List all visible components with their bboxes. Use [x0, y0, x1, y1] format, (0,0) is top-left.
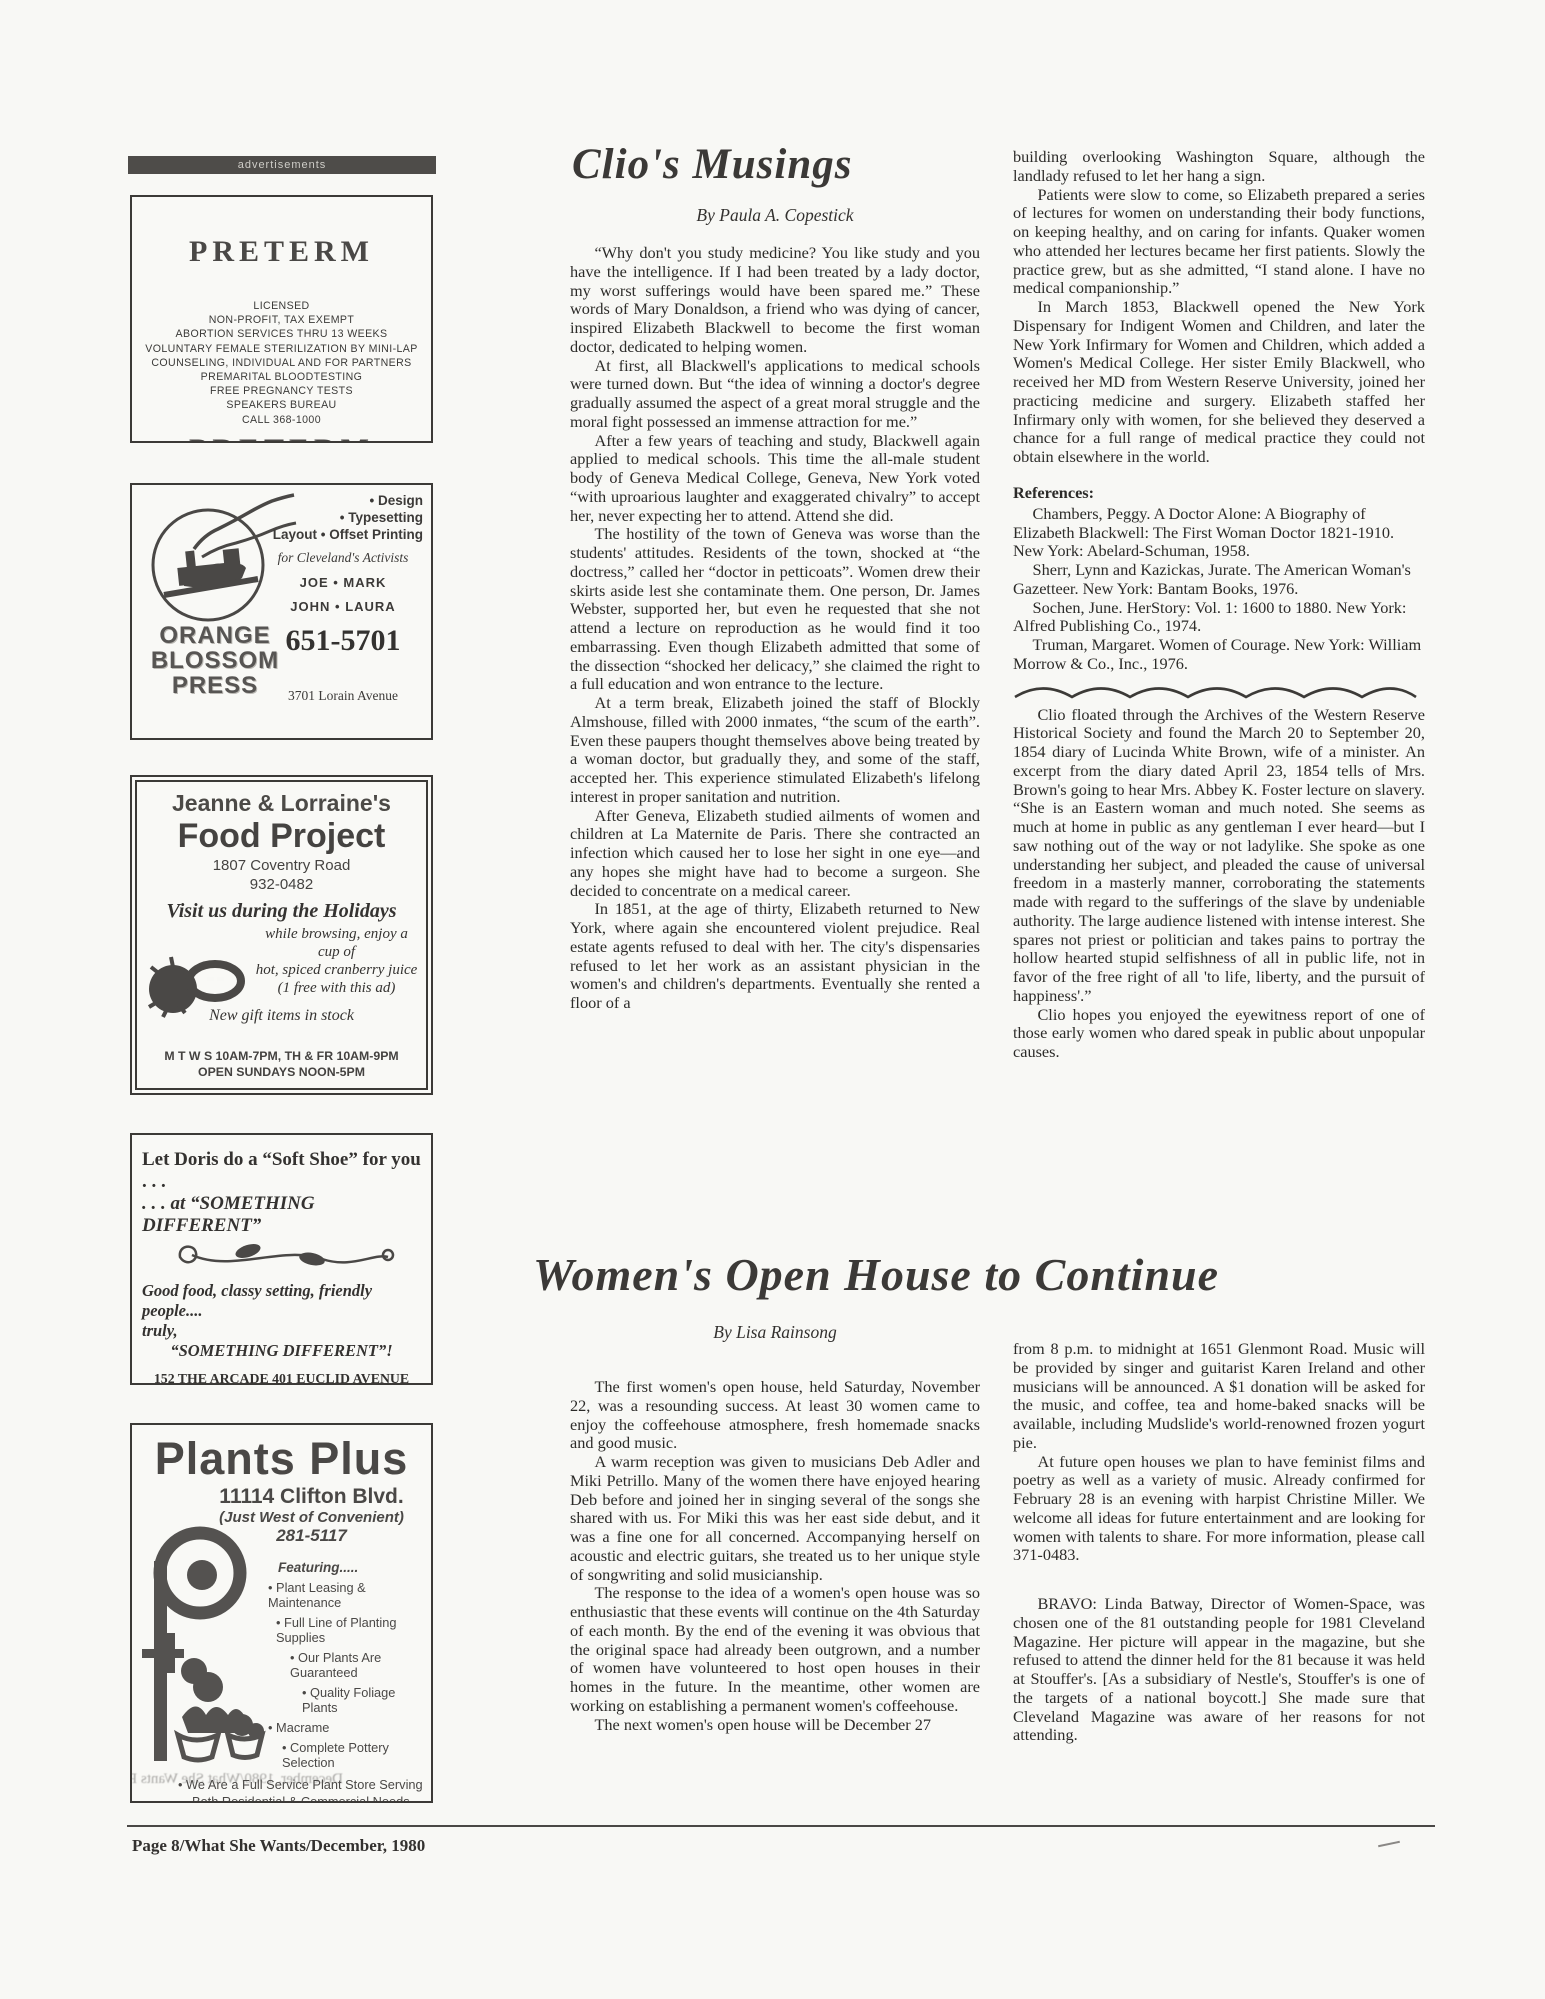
paragraph: After Geneva, Elizabeth studied ailments… [570, 807, 980, 901]
pen-mark [1378, 1841, 1400, 1848]
orange-blossom-services: • Design• TypesettingLayout • Offset Pri… [263, 493, 423, 542]
orange-blossom-text-block: • Design• TypesettingLayout • Offset Pri… [263, 493, 423, 718]
paragraph: The response to the idea of a women's op… [570, 1584, 980, 1715]
paragraph: hot, spiced cranberry juice [253, 961, 420, 979]
paragraph: Quality Foliage Plants [302, 1685, 425, 1715]
paragraph: FREE PREGNANCY TESTS [138, 384, 425, 398]
bleed-through-text: December, 1980/What She Wants Page [130, 1771, 343, 1788]
paragraph: Sherr, Lynn and Kazickas, Jurate. The Am… [1013, 561, 1425, 599]
paragraph: (1 free with this ad) [253, 979, 420, 997]
paragraph: • Design [263, 493, 423, 508]
something-different-line3: Good food, classy setting, friendly peop… [142, 1281, 421, 1321]
paragraph: ABORTION SERVICES THRU 13 WEEKS [138, 327, 425, 341]
open-house-column-1: The first women's open house, held Satur… [570, 1378, 980, 1838]
paragraph: LICENSED [138, 299, 425, 313]
plants-plus-featuring: Featuring..... [278, 1560, 425, 1575]
references-heading: References: [1013, 483, 1425, 503]
preterm-info-lines: LICENSEDNON-PROFIT, TAX EXEMPTABORTION S… [138, 299, 425, 427]
plants-plus-logo-icon [138, 1521, 268, 1771]
something-different-line2: . . . at “SOMETHING DIFFERENT” [142, 1193, 421, 1237]
orange-blossom-phone: 651-5701 [263, 624, 423, 658]
food-project-hours-weekday: M T W S 10AM-7PM, TH & FR 10AM-9PM [137, 1048, 426, 1064]
ad-preterm: PRETERM LICENSEDNON-PROFIT, TAX EXEMPTAB… [130, 195, 433, 443]
food-project-address: 1807 Coventry Road [143, 856, 420, 875]
food-project-hours-sunday: OPEN SUNDAYS NOON-5PM [137, 1064, 426, 1080]
something-different-address1: 152 THE ARCADE 401 EUCLID AVENUE [142, 1371, 421, 1385]
something-different-line4: truly, [142, 1321, 421, 1341]
food-project-name: Food Project [143, 817, 420, 856]
something-different-line5: “SOMETHING DIFFERENT”! [142, 1341, 421, 1361]
orange-blossom-tagline: for Cleveland's Activists [263, 550, 423, 566]
clio-body-col1: “Why don't you study medicine? You like … [570, 244, 980, 1013]
advertisements-label: advertisements [238, 159, 327, 171]
paragraph: In March 1853, Blackwell opened the New … [1013, 298, 1425, 467]
ad-plants-plus: Plants Plus 11114 Clifton Blvd. (Just We… [130, 1423, 433, 1803]
paragraph: The first women's open house, held Satur… [570, 1378, 980, 1453]
paragraph: Complete Pottery Selection [282, 1740, 425, 1770]
clio-article-column-1: Clio's Musings By Paula A. Copestick “Wh… [570, 140, 980, 1240]
paragraph: Full Line of Planting Supplies [276, 1615, 425, 1645]
paragraph: Macrame [268, 1720, 425, 1735]
paragraph: At future open houses we plan to have fe… [1013, 1453, 1425, 1566]
ad-orange-blossom-press: ORANGE BLOSSOM PRESS • Design• Typesetti… [130, 483, 433, 740]
open-house-byline: By Lisa Rainsong [570, 1322, 980, 1343]
paragraph: SPEAKERS BUREAU [138, 398, 425, 412]
plants-plus-name: Plants Plus [138, 1433, 425, 1485]
paragraph: At first, all Blackwell's applications t… [570, 357, 980, 432]
paragraph: Plant Leasing & Maintenance [268, 1580, 425, 1610]
paragraph: JOHN • LAURA [263, 599, 423, 614]
paragraph: A warm reception was given to musicians … [570, 1453, 980, 1584]
something-different-line1: Let Doris do a “Soft Shoe” for you . . . [142, 1149, 421, 1193]
plants-plus-feature-list: Plant Leasing & MaintenanceFull Line of … [268, 1580, 425, 1770]
food-project-hours: M T W S 10AM-7PM, TH & FR 10AM-9PM OPEN … [137, 1048, 426, 1080]
food-project-owner: Jeanne & Lorraine's [143, 790, 420, 817]
references-list: Chambers, Peggy. A Doctor Alone: A Biogr… [1013, 505, 1425, 674]
plants-plus-service-line2: Both Residential & Commercial Needs [192, 1793, 425, 1803]
holiday-teapot-graphic [141, 937, 245, 1027]
paragraph: NON-PROFIT, TAX EXEMPT [138, 313, 425, 327]
wavy-divider [1013, 684, 1418, 700]
paragraph: building overlooking Washington Square, … [1013, 148, 1425, 186]
orange-blossom-names: JOE • MARKJOHN • LAURA [263, 575, 423, 614]
preterm-name-bottom: PRETERM [138, 433, 425, 443]
paragraph: COUNSELING, INDIVIDUAL AND FOR PARTNERS [138, 356, 425, 370]
paragraph: “Why don't you study medicine? You like … [570, 244, 980, 357]
footer-rule [127, 1825, 1435, 1827]
paragraph: Clio hopes you enjoyed the eyewitness re… [1013, 1006, 1425, 1062]
paragraph: The hostility of the town of Geneva was … [570, 525, 980, 694]
paragraph: VOLUNTARY FEMALE STERILIZATION BY MINI-L… [138, 342, 425, 356]
orange-blossom-address: 3701 Lorain Avenue [263, 688, 423, 704]
food-project-phone: 932-0482 [143, 875, 420, 894]
paragraph: The next women's open house will be Dece… [570, 1716, 980, 1735]
page-footer: Page 8/What She Wants/December, 1980 [132, 1836, 425, 1856]
paragraph: Chambers, Peggy. A Doctor Alone: A Biogr… [1013, 505, 1425, 561]
plants-plus-address: 11114 Clifton Blvd. [198, 1485, 425, 1509]
paragraph: PREMARITAL BLOODTESTING [138, 370, 425, 384]
paragraph: while browsing, enjoy a cup of [253, 925, 420, 961]
clio-article-column-2: building overlooking Washington Square, … [1013, 148, 1425, 1238]
paragraph: After a few years of teaching and study,… [570, 432, 980, 526]
ad-food-project: Jeanne & Lorraine's Food Project 1807 Co… [130, 775, 433, 1095]
clio-epilogue: Clio floated through the Archives of the… [1013, 706, 1425, 1062]
ad-something-different: Let Doris do a “Soft Shoe” for you . . .… [130, 1133, 433, 1385]
flourish-ornament-icon [162, 1239, 402, 1275]
paragraph: Sochen, June. HerStory: Vol. 1: 1600 to … [1013, 599, 1425, 637]
food-project-promo: while browsing, enjoy a cup ofhot, spice… [253, 925, 420, 997]
open-house-column-2: from 8 p.m. to midnight at 1651 Glenmont… [1013, 1340, 1425, 1840]
clio-title: Clio's Musings [572, 140, 980, 189]
open-house-title: Women's Open House to Continue [533, 1248, 1423, 1301]
paragraph: In 1851, at the age of thirty, Elizabeth… [570, 900, 980, 1013]
orange-blossom-press-logotype: ORANGE BLOSSOM PRESS [150, 623, 280, 698]
paragraph: Truman, Margaret. Women of Courage. New … [1013, 636, 1425, 674]
newspaper-page: advertisements PRETERM LICENSEDNON-PROFI… [0, 0, 1545, 1999]
paragraph: from 8 p.m. to midnight at 1651 Glenmont… [1013, 1340, 1425, 1453]
food-project-inner-border: Jeanne & Lorraine's Food Project 1807 Co… [135, 780, 428, 1090]
food-project-headline: Visit us during the Holidays [143, 900, 420, 923]
paragraph: Our Plants Are Guaranteed [290, 1650, 425, 1680]
clio-byline: By Paula A. Copestick [570, 205, 980, 226]
advertisements-header-bar: advertisements [128, 156, 436, 174]
paragraph: Patients were slow to come, so Elizabeth… [1013, 186, 1425, 299]
paragraph: BRAVO: Linda Batway, Director of Women-S… [1013, 1595, 1425, 1745]
paragraph: Clio floated through the Archives of the… [1013, 706, 1425, 1006]
paragraph: At a term break, Elizabeth joined the st… [570, 694, 980, 807]
paragraph: • Typesetting [263, 510, 423, 525]
paragraph: Layout • Offset Printing [263, 527, 423, 542]
paragraph: CALL 368-1000 [138, 413, 425, 427]
clio-body-col2: building overlooking Washington Square, … [1013, 148, 1425, 467]
paragraph: JOE • MARK [263, 575, 423, 590]
preterm-name-top: PRETERM [138, 235, 425, 269]
